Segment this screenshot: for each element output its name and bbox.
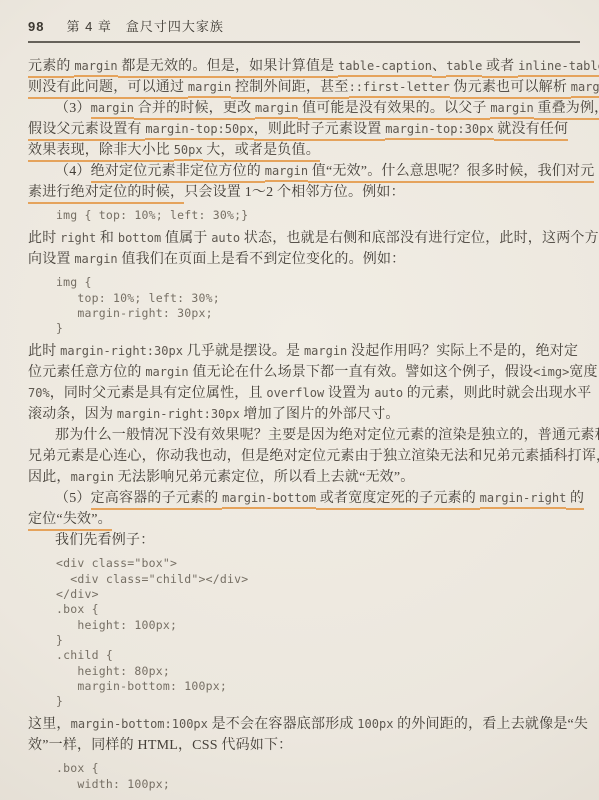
text-segment: 元素的 [28, 59, 74, 78]
text-line: 70%，同时父元素是具有定位属性，且 overflow 设置为 auto 的元素… [28, 383, 579, 404]
paragraph: （3）margin 合并的时候，更改 margin 值可能是没有效果的。以父子 … [28, 98, 579, 161]
text-line: 位元素任意方位的 margin 值无论在什么场景下都一直有效。譬如这个例子，假设… [28, 362, 579, 383]
inline-code: inline-table [518, 59, 599, 77]
text-segment: ，则此时子元素设置 [254, 122, 386, 141]
inline-code: margin [74, 59, 117, 77]
inline-code: margin-right [480, 491, 567, 509]
inline-code: right [60, 231, 96, 245]
code-line: margin-right: 30px; [56, 306, 579, 321]
text-segment: 设置为 [324, 386, 374, 401]
text-segment: （5） [55, 491, 91, 506]
text-line: 假设父元素设置有 margin-top:50px，则此时子元素设置 margin… [28, 119, 579, 140]
text-segment: 值属于 [161, 231, 211, 246]
inline-code: margin [490, 101, 533, 119]
text-segment: （3） [55, 101, 91, 116]
page-content: 元素的 margin 都是无效的。但是，如果计算值是 table-caption… [28, 56, 579, 792]
text-line: （3）margin 合并的时候，更改 margin 值可能是没有效果的。以父子 … [28, 98, 579, 119]
text-segment: 没起作用吗？实际上不是的，绝对定 [347, 344, 578, 359]
code-block: img { top: 10%; left: 30%;} [28, 208, 579, 223]
text-segment: 的 [566, 491, 584, 510]
code-block: .box { width: 100px; [28, 761, 579, 792]
inline-code: margin [74, 252, 117, 266]
text-segment: 则没有此问题，可以通过 [28, 80, 188, 99]
code-line: .box { [56, 602, 579, 617]
paragraph: （4）绝对定位元素非定位方位的 margin 值“无效”。什么意思呢？很多时候，… [28, 161, 579, 203]
code-line: height: 80px; [56, 664, 579, 679]
inline-code: margin-right:30px [117, 407, 240, 421]
text-segment: 的元素，则此时就会出现水平 [403, 386, 591, 401]
text-segment: 宽度 [569, 365, 597, 380]
text-segment: 、 [432, 59, 446, 78]
text-segment: 位元素任意方位的 [28, 365, 145, 380]
text-segment: 大，或者是负值。 [203, 143, 320, 162]
code-line: height: 100px; [56, 618, 579, 633]
text-segment: 这里， [28, 717, 71, 732]
code-block: img { top: 10%; left: 30%; margin-right:… [28, 275, 579, 336]
text-segment: 假设父元素设置有 [28, 122, 145, 141]
paragraph: （5）定高容器的子元素的 margin-bottom 或者宽度定死的子元素的 m… [28, 488, 579, 530]
text-segment: 伪元素也可以解析 [450, 80, 571, 99]
code-line: </div> [56, 587, 579, 602]
inline-code: <img> [533, 365, 569, 379]
text-segment: 此时 [28, 344, 60, 359]
code-line: } [56, 694, 579, 709]
inline-code: overflow [266, 386, 324, 400]
inline-code: margin [571, 80, 599, 98]
code-line: margin-bottom: 100px; [56, 679, 579, 694]
code-line: width: 100px; [56, 777, 579, 792]
text-segment: 值无论在什么场景下都一直有效。譬如这个例子，假设 [189, 365, 534, 380]
code-line: img { top: 10%; left: 30%;} [56, 208, 579, 223]
text-line: 那为什么一般情况下没有效果呢？主要是因为绝对定位元素的渲染是独立的，普通元素和 [28, 425, 579, 446]
text-line: 效果表现，除非大小比 50px 大，或者是负值。 [28, 140, 579, 161]
code-block: <div class="box"> <div class="child"></d… [28, 556, 579, 709]
inline-code: 50px [174, 143, 203, 161]
inline-code: auto [374, 386, 403, 400]
paragraph: 此时 right 和 bottom 值属于 auto 状态，也就是右侧和底部没有… [28, 228, 579, 270]
text-segment: 或者宽度定死的子元素的 [316, 491, 480, 510]
text-line: （4）绝对定位元素非定位方位的 margin 值“无效”。什么意思呢？很多时候，… [28, 161, 579, 182]
paragraph: 这里，margin-bottom:100px 是不会在容器底部形成 100px … [28, 714, 579, 756]
text-segment: 值我们在页面上是看不到定位变化的。例如： [118, 252, 406, 267]
code-line: .child { [56, 648, 579, 663]
text-segment: 是不会在容器底部形成 [208, 717, 357, 732]
text-segment: 绝对定位元素非定位方位的 [91, 164, 265, 183]
text-segment: 效果表现，除非大小比 [28, 143, 174, 162]
inline-code: margin [188, 80, 231, 98]
text-segment: 重叠为例， [534, 101, 599, 120]
inline-code: margin-bottom:100px [71, 717, 208, 731]
text-segment: 增加了图片的外部尺寸。 [240, 407, 400, 422]
text-line: 滚动条，因为 margin-right:30px 增加了图片的外部尺寸。 [28, 404, 579, 425]
inline-code: margin-top:30px [385, 122, 493, 140]
text-segment: 素进行绝对定位的时候， [28, 185, 184, 204]
inline-code: 100px [357, 717, 393, 731]
inline-code: margin [255, 101, 298, 119]
text-line: 素进行绝对定位的时候，只会设置 1～2 个相邻方位。例如： [28, 182, 579, 203]
text-segment: 定位“失效”。 [28, 512, 112, 531]
text-segment: 我们先看例子： [55, 533, 154, 548]
page-header: 98 第 4 章 盒尺寸四大家族 [28, 16, 579, 36]
text-line: （5）定高容器的子元素的 margin-bottom 或者宽度定死的子元素的 m… [28, 488, 579, 509]
text-segment: 和 [96, 231, 118, 246]
inline-code: table [446, 59, 482, 77]
text-segment: 或者 [482, 59, 518, 78]
text-line: 我们先看例子： [28, 530, 579, 551]
text-line: 定位“失效”。 [28, 509, 579, 530]
text-line: 此时 right 和 bottom 值属于 auto 状态，也就是右侧和底部没有… [28, 228, 579, 249]
text-segment: ，同时父元素是具有定位属性，且 [50, 386, 267, 401]
text-segment: （4） [55, 164, 91, 179]
inline-code: auto [211, 231, 240, 245]
text-line: 此时 margin-right:30px 几乎就是摆设。是 margin 没起作… [28, 341, 579, 362]
code-line: } [56, 321, 579, 336]
inline-code: margin [91, 101, 134, 119]
inline-code: 70% [28, 386, 50, 400]
text-segment: 无法影响兄弟元素定位，所以看上去就“无效”。 [114, 470, 415, 485]
text-segment: 滚动条，因为 [28, 407, 117, 422]
text-segment: 因此， [28, 470, 71, 485]
inline-code: margin-bottom [222, 491, 316, 509]
text-segment: 效”一样，同样的 HTML，CSS 代码如下： [28, 738, 292, 753]
text-segment: 那为什么一般情况下没有效果呢？主要是因为绝对定位元素的渲染是独立的，普通元素和 [55, 428, 599, 443]
text-segment: 只会设置 1～2 个相邻方位。例如： [184, 185, 405, 200]
text-segment: 定高容器的子元素的 [91, 491, 223, 510]
inline-code: margin [265, 164, 308, 182]
inline-code: margin-top:50px [145, 122, 253, 140]
paragraph: 此时 margin-right:30px 几乎就是摆设。是 margin 没起作… [28, 341, 579, 425]
paragraph: 元素的 margin 都是无效的。但是，如果计算值是 table-caption… [28, 56, 579, 98]
code-line: top: 10%; left: 30%; [56, 291, 579, 306]
text-line: 这里，margin-bottom:100px 是不会在容器底部形成 100px … [28, 714, 579, 735]
code-line: <div class="box"> [56, 556, 579, 571]
text-segment: 控制外间距，甚至 [231, 80, 348, 99]
chapter-title: 第 4 章 盒尺寸四大家族 [66, 16, 223, 35]
text-line: 向设置 margin 值我们在页面上是看不到定位变化的。例如： [28, 249, 579, 270]
page-number: 98 [28, 19, 44, 34]
text-line: 元素的 margin 都是无效的。但是，如果计算值是 table-caption… [28, 56, 579, 77]
inline-code: margin [71, 470, 114, 484]
text-segment: 都是无效的。但是，如果计算值是 [118, 59, 338, 78]
inline-code: bottom [118, 231, 161, 245]
text-segment: 合并的时候，更改 [134, 101, 255, 120]
text-segment: 几乎就是摆设。是 [183, 344, 304, 359]
text-segment: 值可能是没有效果的。以父子 [298, 101, 490, 120]
code-line: <div class="child"></div> [56, 572, 579, 587]
text-segment: 兄弟元素是心连心，你动我也动，但是绝对定位元素由于独立渲染无法和兄弟元素插科打诨… [28, 449, 599, 464]
header-rule [28, 41, 580, 43]
inline-code: table-caption [338, 59, 432, 77]
text-segment: 向设置 [28, 252, 74, 267]
text-line: 兄弟元素是心连心，你动我也动，但是绝对定位元素由于独立渲染无法和兄弟元素插科打诨… [28, 446, 579, 467]
inline-code: margin [304, 344, 347, 358]
inline-code: margin-right:30px [60, 344, 183, 358]
code-line: .box { [56, 761, 579, 776]
text-segment: 值“无效”。什么意思呢？很多时候，我们对元 [308, 164, 594, 183]
text-segment: 就没有任何 [494, 122, 569, 141]
paragraph: 我们先看例子： [28, 530, 579, 551]
code-line: img { [56, 275, 579, 290]
text-segment: 此时 [28, 231, 60, 246]
text-segment: 的外间距的，看上去就像是“失 [393, 717, 588, 732]
paragraph: 那为什么一般情况下没有效果呢？主要是因为绝对定位元素的渲染是独立的，普通元素和兄… [28, 425, 579, 488]
code-line: } [56, 633, 579, 648]
text-line: 效”一样，同样的 HTML，CSS 代码如下： [28, 735, 579, 756]
text-segment: 状态，也就是右侧和底部没有进行定位，此时，这两个方 [240, 231, 599, 246]
book-page: 98 第 4 章 盒尺寸四大家族 元素的 margin 都是无效的。但是，如果计… [0, 0, 599, 800]
inline-code: ::first-letter [349, 80, 450, 98]
text-line: 因此，margin 无法影响兄弟元素定位，所以看上去就“无效”。 [28, 467, 579, 488]
text-line: 则没有此问题，可以通过 margin 控制外间距，甚至::first-lette… [28, 77, 579, 98]
inline-code: margin [145, 365, 188, 379]
